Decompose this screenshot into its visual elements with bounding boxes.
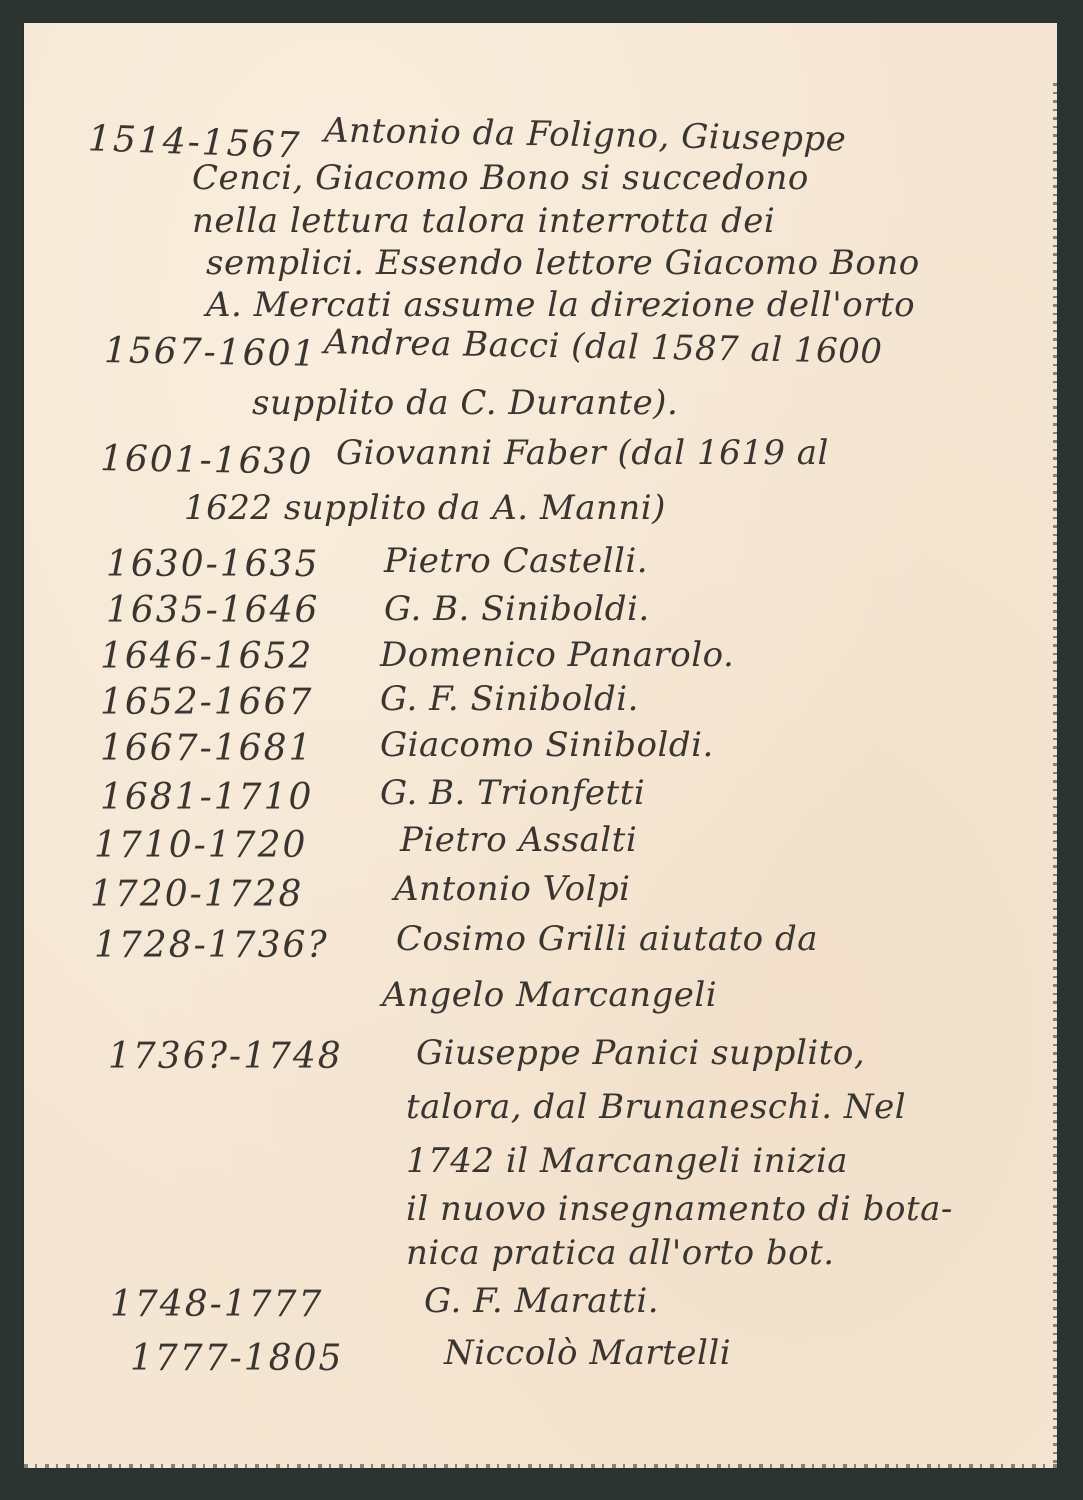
entry-text: supplito da C. Durante). xyxy=(252,383,678,423)
entry-years: 1728-1736? xyxy=(94,926,329,966)
entry-text: nella lettura talora interrotta dei xyxy=(192,201,775,241)
entry-text: Cenci, Giacomo Bono si succedono xyxy=(192,158,809,198)
entry-text: G. F. Siniboldi. xyxy=(380,679,639,719)
entry-years: 1567-1601 xyxy=(104,331,318,375)
entry-text: Pietro Assalti xyxy=(400,820,637,860)
entry-years: 1635-1646 xyxy=(106,591,319,631)
entry-text: 1622 supplito da A. Manni) xyxy=(184,488,666,528)
entry-text: Antonio Volpi xyxy=(394,869,631,909)
entry-years: 1681-1710 xyxy=(100,778,313,818)
entry-text: talora, dal Brunaneschi. Nel xyxy=(406,1087,906,1127)
entry-text: Pietro Castelli. xyxy=(384,541,648,581)
entry-text: Antonio da Foligno, Giuseppe xyxy=(324,110,847,159)
entry-years: 1652-1667 xyxy=(100,683,313,723)
entry-years: 1646-1652 xyxy=(100,637,313,677)
entry-text: Domenico Panarolo. xyxy=(380,635,734,675)
entry-text: Giovanni Faber (dal 1619 al xyxy=(336,433,829,473)
entry-years: 1710-1720 xyxy=(94,826,307,866)
entry-years: 1736?-1748 xyxy=(108,1037,343,1077)
entry-years: 1748-1777 xyxy=(110,1285,323,1325)
entry-text: Andrea Bacci (dal 1587 al 1600 xyxy=(324,322,883,372)
entry-years: 1720-1728 xyxy=(90,875,303,915)
entry-text: il nuovo insegnamento di bota- xyxy=(406,1189,953,1229)
entry-text: semplici. Essendo lettore Giacomo Bono xyxy=(206,243,920,283)
entry-text: G. F. Maratti. xyxy=(424,1281,659,1321)
entry-text: 1742 il Marcangeli inizia xyxy=(406,1141,848,1181)
entry-text: A. Mercati assume la direzione dell'orto xyxy=(206,285,915,325)
entry-text: Cosimo Grilli aiutato da xyxy=(396,919,818,959)
entry-text: Giuseppe Panici supplito, xyxy=(416,1033,865,1073)
entry-text: nica pratica all'orto bot. xyxy=(406,1233,835,1273)
entry-text: Giacomo Siniboldi. xyxy=(380,725,714,765)
manuscript-page: 1514-1567 Antonio da Foligno, Giuseppe C… xyxy=(24,23,1057,1468)
entry-text: G. B. Trionfetti xyxy=(380,773,645,813)
entry-years: 1601-1630 xyxy=(100,439,314,483)
entry-years: 1777-1805 xyxy=(130,1339,343,1379)
entry-text: G. B. Siniboldi. xyxy=(384,589,650,629)
entry-years: 1630-1635 xyxy=(106,545,319,585)
entry-text: Angelo Marcangeli xyxy=(382,975,717,1015)
entry-years: 1667-1681 xyxy=(100,729,313,769)
entry-text: Niccolò Martelli xyxy=(444,1333,731,1373)
